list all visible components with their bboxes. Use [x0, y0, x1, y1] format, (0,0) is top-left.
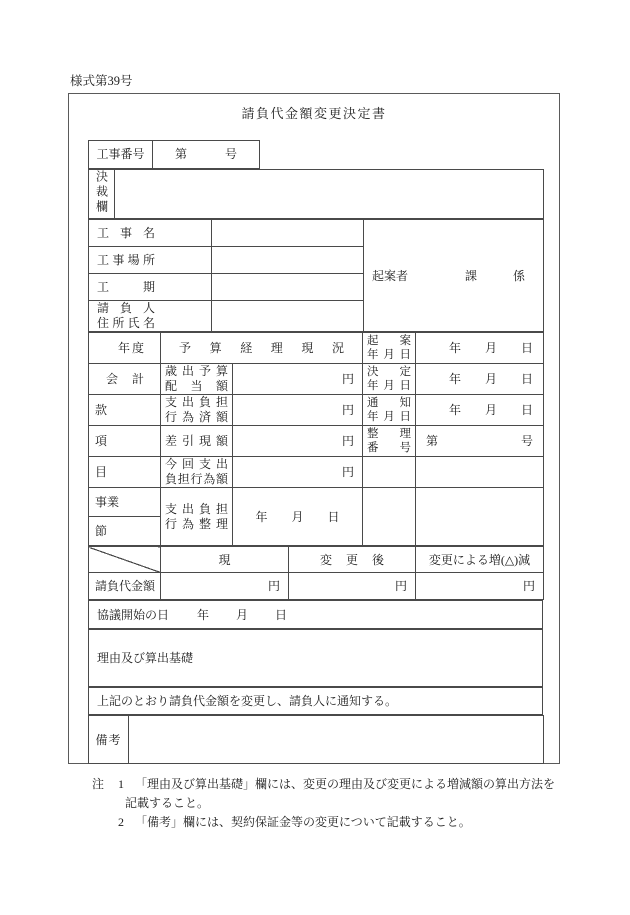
note-2-text: 「備考」欄には、契約保証金等の変更について記載すること。 — [135, 813, 471, 832]
blank-cell-e2 — [416, 488, 544, 546]
draft-date-label-line1: 起案 — [367, 334, 411, 348]
remarks-label: 備考 — [89, 716, 129, 764]
ref-number-prefix: 第 — [426, 434, 438, 448]
note-1-number: 1 — [118, 775, 135, 794]
project-name-value — [212, 220, 364, 247]
decision-date-label-cell: 決定 年月日 — [363, 364, 416, 395]
expended-label-line2: 行為済額 — [165, 410, 228, 425]
budget-allocation-label-line2: 配当額 — [165, 379, 228, 394]
number-prefix: 第 — [175, 147, 187, 161]
notice-date-label-line2: 年月日 — [367, 410, 411, 424]
obligation-entry-date: 年 月 日 — [233, 488, 363, 546]
project-name-label: 工事名 — [97, 226, 155, 241]
construction-number-value: 第 号 — [153, 141, 260, 169]
balance-label-cell: 差引現額 — [161, 426, 233, 457]
reason-label: 理由及び算出基礎 — [97, 651, 193, 665]
obligation-entry-label-cell: 支出負担 行為整理 — [161, 488, 233, 546]
amount-change-table: 現 変更後 変更による増(△)減 請負代金額 円 円 円 — [88, 546, 544, 600]
form-page: 様式第39号 請負代金額変更決定書 工事番号 第 号 決裁欄 — [0, 0, 630, 915]
number-suffix: 号 — [225, 147, 237, 161]
decision-date-label-line2: 年月日 — [367, 379, 411, 393]
contractor-label-line1: 請負人 — [97, 301, 155, 316]
negotiation-label: 協議開始の日 — [97, 608, 169, 622]
construction-number-table: 工事番号 第 号 — [88, 140, 260, 169]
fiscal-year-label: 年度 — [89, 333, 161, 364]
footnotes: 注 1 「理由及び算出基礎」欄には、変更の理由及び変更による増減額の算出方法を … — [92, 775, 562, 832]
note-mark: 注 — [92, 775, 118, 794]
project-location-label: 工事場所 — [97, 253, 155, 268]
remarks-table: 備考 — [88, 715, 544, 764]
drafter-label: 起案者 — [372, 269, 408, 283]
draft-date-label-cell: 起案 年月日 — [363, 333, 416, 364]
contractor-value — [212, 301, 364, 332]
approval-label: 決裁欄 — [96, 170, 108, 215]
decision-date-label-line1: 決定 — [367, 365, 411, 379]
drafter-cell: 起案者 課 係 — [364, 220, 544, 332]
budget-allocation-label-line1: 歳出予算 — [165, 364, 228, 379]
project-info-table: 工事名 起案者 課 係 工事場所 工期 — [88, 219, 544, 332]
obligation-entry-label-line1: 支出負担 — [165, 502, 228, 517]
blank-cell-e1 — [416, 457, 544, 488]
ref-number-label-line2: 番号 — [367, 441, 411, 455]
note-1-text: 「理由及び算出基礎」欄には、変更の理由及び変更による増減額の算出方法を — [135, 775, 555, 794]
notice-date-label-line1: 通知 — [367, 396, 411, 410]
negotiation-date: 年 月 日 — [197, 608, 288, 622]
document-title: 請負代金額変更決定書 — [68, 103, 560, 122]
negotiation-cell: 協議開始の日 年 月 日 — [89, 601, 543, 629]
note-2-number: 2 — [118, 813, 135, 832]
section-kan-label: 款 — [89, 395, 161, 426]
notice-date-value: 年 月 日 — [416, 395, 544, 426]
blank-cell-d1 — [363, 457, 416, 488]
notice-date-label-cell: 通知 年月日 — [363, 395, 416, 426]
expended-label-cell: 支出負担 行為済額 — [161, 395, 233, 426]
ref-number-value: 第 号 — [416, 426, 544, 457]
contractor-label-line2: 住所氏名 — [97, 316, 155, 331]
approval-table: 決裁欄 — [88, 169, 544, 219]
ref-number-suffix: 号 — [521, 434, 533, 448]
account-label: 会計 — [106, 372, 146, 386]
blank-cell-d2 — [363, 488, 416, 546]
section-ko-label: 項 — [89, 426, 161, 457]
budget-status-header-cell: 予算経理現況 — [161, 333, 363, 364]
balance-label: 差引現額 — [165, 434, 228, 449]
ref-number-label-line1: 整理 — [367, 427, 411, 441]
project-location-value — [212, 247, 364, 274]
reason-cell: 理由及び算出基礎 — [89, 630, 543, 687]
obligation-entry-label-line2: 行為整理 — [165, 517, 228, 532]
form-number: 様式第39号 — [70, 71, 133, 89]
after-header: 変更後 — [320, 553, 384, 567]
project-period-label: 工期 — [97, 280, 155, 295]
construction-number-label: 工事番号 — [89, 141, 153, 169]
note-1-continuation: 記載すること。 — [125, 794, 209, 813]
section-setsu-label: 節 — [89, 517, 161, 546]
contract-amount-after: 円 — [289, 573, 416, 600]
approval-blank-cell — [115, 170, 544, 219]
expended-amount: 円 — [233, 395, 363, 426]
remarks-blank-cell — [129, 716, 544, 764]
diagonal-header-cell — [89, 547, 161, 573]
budget-allocation-amount: 円 — [233, 364, 363, 395]
balance-amount: 円 — [233, 426, 363, 457]
footnote-1-line2: 記載すること。 — [92, 794, 562, 813]
account-label-cell: 会計 — [89, 364, 161, 395]
contract-amount-difference: 円 — [416, 573, 544, 600]
current-obligation-label-cell: 今回支出 負担行為額 — [161, 457, 233, 488]
project-period-label-cell: 工期 — [89, 274, 212, 301]
section-label: 課 — [465, 269, 477, 283]
notice-table: 上記のとおり請負代金額を変更し、請負人に通知する。 — [88, 687, 543, 715]
contractor-label-cell: 請負人 住所氏名 — [89, 301, 212, 332]
footnote-1-line1: 注 1 「理由及び算出基礎」欄には、変更の理由及び変更による増減額の算出方法を — [92, 775, 562, 794]
expended-label-line1: 支出負担 — [165, 395, 228, 410]
budget-status-header: 予算経理現況 — [165, 341, 358, 356]
current-header: 現 — [161, 547, 289, 573]
ref-number-label-cell: 整理 番号 — [363, 426, 416, 457]
current-obligation-label-line1: 今回支出 — [165, 457, 228, 472]
after-header-cell: 変更後 — [289, 547, 416, 573]
draft-date-label-line2: 年月日 — [367, 348, 411, 362]
budget-allocation-label-cell: 歳出予算 配当額 — [161, 364, 233, 395]
section-jigyo-label: 事業 — [89, 488, 161, 517]
decision-date-value: 年 月 日 — [416, 364, 544, 395]
budget-table: 年度 予算経理現況 起案 年月日 年 月 日 会計 歳出予算 配当額 円 — [88, 332, 544, 546]
approval-label-cell: 決裁欄 — [89, 170, 115, 219]
current-obligation-amount: 円 — [233, 457, 363, 488]
draft-date-value: 年 月 日 — [416, 333, 544, 364]
contract-amount-current: 円 — [161, 573, 289, 600]
project-period-value — [212, 274, 364, 301]
notice-statement: 上記のとおり請負代金額を変更し、請負人に通知する。 — [89, 688, 543, 715]
project-name-label-cell: 工事名 — [89, 220, 212, 247]
project-location-label-cell: 工事場所 — [89, 247, 212, 274]
footnote-2: 2 「備考」欄には、契約保証金等の変更について記載すること。 — [92, 813, 562, 832]
section-moku-label: 目 — [89, 457, 161, 488]
difference-header: 変更による増(△)減 — [416, 547, 544, 573]
contract-amount-label: 請負代金額 — [89, 573, 161, 600]
form-body: 工事番号 第 号 決裁欄 — [88, 140, 543, 764]
negotiation-table: 協議開始の日 年 月 日 — [88, 600, 543, 629]
reason-table: 理由及び算出基礎 — [88, 629, 543, 687]
current-obligation-label-line2: 負担行為額 — [165, 472, 228, 487]
subsection-label: 係 — [513, 269, 525, 283]
